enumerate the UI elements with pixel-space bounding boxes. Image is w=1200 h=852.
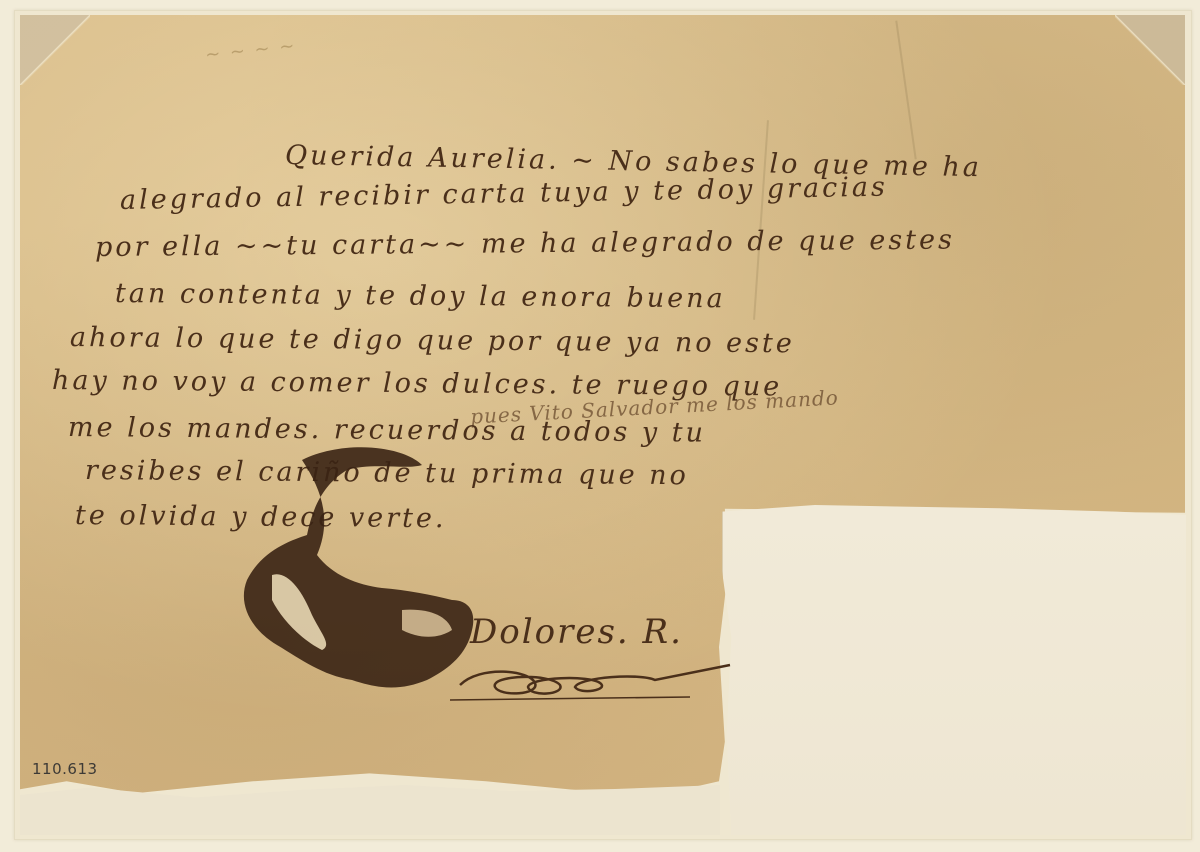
signature: Dolores. R.: [470, 612, 683, 652]
letter-line-3: tan contenta y te doy la enora buena: [115, 278, 726, 314]
torn-bottom-edge: [20, 785, 720, 835]
photo-corner-top-left: [20, 15, 90, 85]
signature-flourish: [440, 655, 740, 705]
letter-line-4: ahora lo que te digo que por que ya no e…: [70, 322, 795, 359]
blank-repair-patch: [722, 505, 1186, 835]
catalog-number: 110.613: [32, 760, 98, 778]
photo-corner-top-right: [1115, 15, 1185, 85]
